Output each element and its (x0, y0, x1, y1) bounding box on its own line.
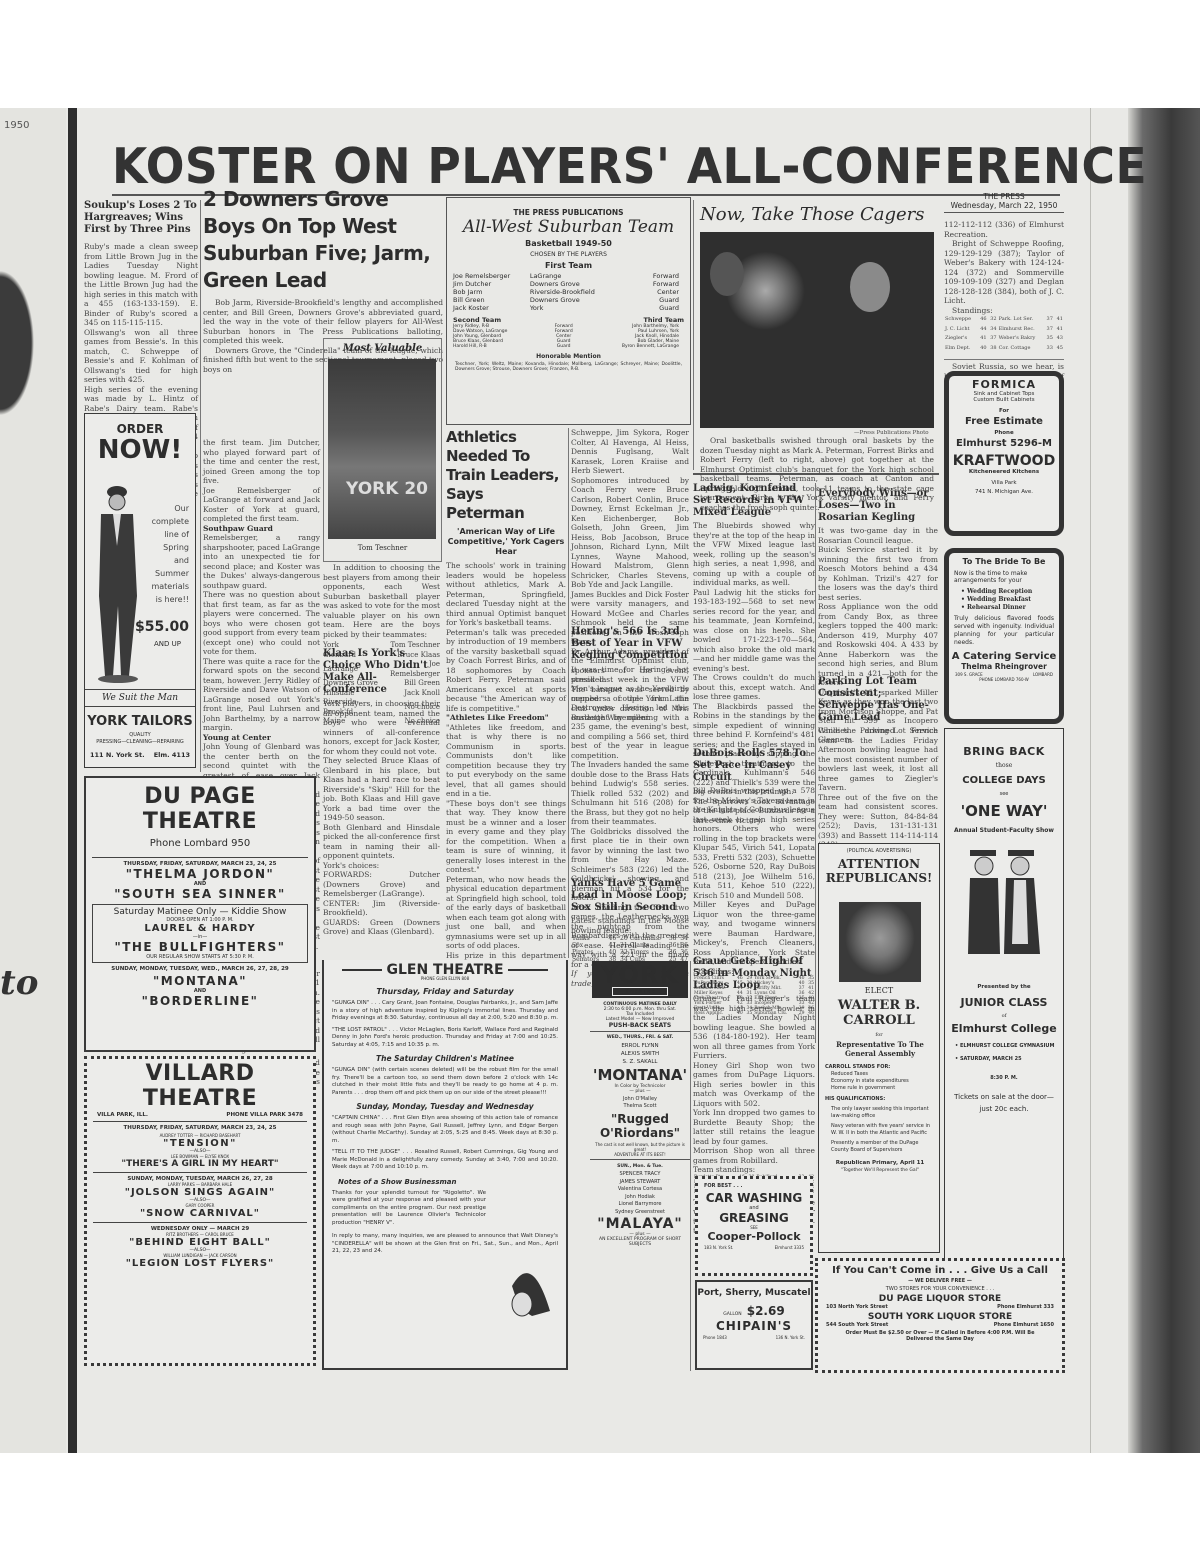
parking-headline: Parking Lot Team Consistent; Schweppe Ha… (818, 676, 938, 724)
ad-store-name: YORK TAILORS (85, 714, 195, 729)
glen-lost-patrol: "THE LOST PATROL" . . . Victor McLaglen,… (332, 1027, 558, 1050)
kiddie-show-box: Saturday Matinee Only — Kiddie Show DOOR… (92, 904, 308, 963)
store2-phone: Phone Elmhurst 1650 (994, 1322, 1054, 1328)
formica-for: For (949, 408, 1059, 414)
elmhurst-college: Elmhurst College (945, 1022, 1063, 1035)
banquet-photo (700, 232, 934, 428)
glen-tell-judge: "TELL IT TO THE JUDGE" . . . Rosalind Ru… (332, 1149, 558, 1172)
du-page-liquor: DU PAGE LIQUOR STORE (818, 1294, 1062, 1304)
york-cast1: ERROL FLYNNALEXIS SMITHS. Z. SAKALL (590, 1042, 690, 1066)
klaas-headline: Klaas Is York's Choice Who Didn't Make A… (323, 648, 440, 696)
page-edge-line (1090, 108, 1091, 1453)
york-cast3: SPENCER TRACYJAMES STEWARTValentina Cort… (590, 1171, 690, 1216)
york-logo-text: YORK (592, 963, 688, 987)
cagers-photo-story: Now, Take Those Cagers —Press Publicatio… (693, 200, 939, 470)
hm-text: Teschner, York; Weltz, Maine; Kovanda, H… (455, 362, 682, 372)
film-borderline: "BORDERLINE" (86, 994, 314, 1008)
cooper-pollock-name: Cooper-Pollock (698, 1230, 810, 1243)
film-girl-in-my-heart: "THERE'S A GIRL IN MY HEART" (87, 1159, 313, 1169)
ad-price-note: AND UP (154, 640, 181, 648)
event-details: • ELMHURST COLLEGE GYMNASIUM • SATURDAY,… (955, 1043, 1063, 1063)
york-cast2: John O'MalleyThelma Scott (590, 1096, 690, 1110)
rosarian-headline: Everybody Wins—or Loses—Two in Rosarian … (818, 488, 938, 524)
dubois-headline: DuBois Rolls 578 To Set Pace in Casey Ci… (693, 748, 815, 784)
standings-row: Ziegler's4137Weber's Bakry3543 (944, 334, 1064, 344)
york-theatre-ad: YORK THEATRE CONTINUOUS MATINEE DAILY 2:… (590, 961, 691, 1371)
chipains-phone: Phone 1843 (703, 1335, 727, 1340)
bride-service: A Catering Service (949, 651, 1059, 662)
standings-row: Pirates4032Tigers3636 (571, 949, 689, 956)
candidate-name: WALTER B. CARROLL (819, 998, 939, 1028)
team-row: Bill GreenDowners GroveGuard (453, 296, 679, 304)
chosen-by: CHOSEN BY THE PLAYERS (447, 251, 690, 258)
presented-by: Presented by the (945, 984, 1063, 990)
york-pushback-seats: PUSH-BACK SEATS (590, 1022, 690, 1032)
player-photo: YORK 20 (328, 359, 436, 539)
york-short-subjects: AN EXCELLENT PROGRAM OF SHORT SUBJECTS (590, 1237, 690, 1247)
ad-order-text: ORDER (85, 422, 195, 436)
chipains-ad: Port, Sherry, Muscatel GALLON $2.69 CHIP… (695, 1280, 813, 1370)
standings-row: Elm Dept.4038Cor. Cottage3345 (944, 344, 1064, 354)
dupage-phone: Phone Lombard 950 (86, 838, 314, 849)
ad-copy: Ourcompleteline ofSpringandSummermateria… (151, 502, 189, 606)
bride-body: Truly delicious flavored foods served wi… (954, 615, 1054, 647)
liquor-store-ad: If You Can't Come in . . . Give Us a Cal… (815, 1258, 1065, 1373)
edge-figure-image (0, 258, 40, 428)
formica-ad: FORMICA Sink and Cabinet Tops Custom Bui… (944, 371, 1064, 536)
graduates-illustration (964, 844, 1044, 974)
ad-services: PRESSING—CLEANING—REPAIRING (85, 739, 195, 745)
glen-section-matinee: The Saturday Children's Matinee (324, 1054, 566, 1063)
show-title: 'ONE WAY' (945, 802, 1063, 820)
order-note: Order Must Be $2.50 or Over — If Called … (838, 1330, 1042, 1342)
mv-player-name: Tom Teschner (324, 544, 441, 552)
edge-year: 1950 (4, 120, 29, 131)
political-label: (POLITICAL ADVERTISING) (819, 848, 939, 854)
junior-class: JUNIOR CLASS (945, 996, 1063, 1009)
first-team-label: First Team (447, 261, 690, 270)
ad-phone: Elm. 4113 (154, 751, 190, 759)
team-row: Jack KosterYorkGuard (453, 304, 679, 312)
standings-row: Schweppe4632Park. Lot Ser.3741 (944, 315, 1064, 325)
york-film-malaya: "MALAYA" (590, 1216, 690, 1232)
formica-company: KRAFTWOOD (949, 453, 1059, 469)
ticket-info: Tickets on sale at the door—just 20c eac… (953, 1091, 1055, 1115)
team-row: Joe RemelsbergerLaGrangeForward (453, 272, 679, 280)
second-third-table: Jerry Ridley, R-BForwardJohn Barthelmy, … (453, 324, 679, 349)
formica-town: Villa Park (949, 480, 1059, 486)
glen-theatre-ad: GLEN THEATRE PHONE GLEN ELLYN 808 Thursd… (322, 960, 568, 1370)
column-rule (815, 483, 816, 1043)
most-valuable-box: Most Valuable YORK 20 Tom Teschner (323, 338, 442, 562)
store1-address: 103 North York Street (826, 1304, 888, 1310)
glen-captain-china: "CAPTAIN CHINA" . . . First Glen Ellyn a… (332, 1115, 558, 1145)
york-tag: The cast is not well known, but the pict… (590, 1142, 690, 1152)
edge-word: to (0, 963, 38, 1003)
cooper-phone: Elmhurst 3335 (775, 1245, 804, 1250)
season: Basketball 1949-50 (447, 239, 690, 248)
ad-quality: QUALITY (85, 732, 195, 738)
film-thelma-jordon: "THELMA JORDON" (86, 867, 314, 881)
klaas-story: Klaas Is York's Choice Who Didn't Make A… (323, 648, 440, 937)
bride-town: LOMBARD (1033, 672, 1053, 677)
york-tailors-ad: ORDER NOW! Ourcompleteline ofSpringandSu… (84, 413, 196, 768)
carroll-political-ad: (POLITICAL ADVERTISING) ATTENTION REPUBL… (818, 843, 940, 1253)
bride-items: • Wedding Reception• Wedding Breakfast• … (961, 588, 1059, 612)
film-jolson: "JOLSON SINGS AGAIN" (87, 1187, 313, 1198)
team-row: Bob JarmRiverside-BrookfieldCenter (453, 288, 679, 296)
college-days: COLLEGE DAYS (945, 775, 1063, 786)
store2-address: 544 South York Street (826, 1322, 888, 1328)
glen-section-notes: Notes of a Show Businessman (338, 1178, 566, 1186)
standings-row: Sox4131Giants3636 (571, 942, 689, 949)
soukups-headline: Soukup's Loses 2 To Hargreaves; Wins Fir… (84, 200, 198, 236)
elect-label: ELECT (819, 986, 939, 995)
standings-row: Yanks4626Cardinals3834 (571, 935, 689, 942)
york-dates1: WED., THURS., FRI. & SAT. (590, 1035, 690, 1040)
ladwig-headline: Ladwig, Kornfeind Set Records in VFW Mix… (693, 483, 815, 519)
deliver-free: — WE DELIVER FREE — (818, 1278, 1062, 1284)
formica-phone-label: Phone (949, 430, 1059, 436)
glen-section-sun-wed: Sunday, Monday, Tuesday and Wednesday (324, 1102, 566, 1111)
cooper-for-best: FOR BEST . . . (704, 1183, 810, 1189)
york-film-riordans: "Rugged O'Riordans" (590, 1112, 690, 1140)
bride-intro: Now is the time to make arrangements for… (954, 570, 1054, 584)
of-label: of (945, 1013, 1063, 1019)
glen-notes: Thanks for your splendid turnout for "Ri… (332, 1190, 486, 1228)
bride-name: Thelma Rheingrover (949, 662, 1059, 671)
regular-show: OUR REGULAR SHOW STARTS AT 5:30 P. M. (93, 954, 307, 960)
film-legion-lost-flyers: "LEGION LOST FLYERS" (87, 1258, 313, 1269)
formica-title: FORMICA (949, 378, 1059, 391)
villard-theatre-name: VILLARD THEATRE (87, 1061, 313, 1111)
see: see (945, 791, 1063, 797)
matinee-label: Saturday Matinee Only — Kiddie Show (93, 907, 307, 917)
moose-standings: Yanks4626Cardinals3834Sox4131Giants3636P… (571, 935, 689, 963)
second-team-label: Second Team (453, 316, 501, 324)
binding-shadow (1128, 108, 1200, 1453)
column-rule (200, 200, 201, 772)
greasing: GREASING (698, 1211, 810, 1225)
graue-headline: Graue Gets High Of 536 in Monday Night L… (693, 956, 815, 992)
york-tag2: ADVENTURE AT ITS BEST! (590, 1152, 690, 1160)
film-tension: "TENSION" (87, 1138, 313, 1149)
mv-caption: Most Valuable (324, 343, 441, 354)
section-rule (693, 473, 939, 475)
dupage-theatre-name: DU PAGE THEATRE (86, 784, 314, 834)
glen-cinderella: In reply to many, many inquiries, we are… (332, 1233, 558, 1256)
bride-title: To The Bride To Be (949, 557, 1059, 566)
publisher: THE PRESS PUBLICATIONS (447, 208, 690, 217)
villard-phone: PHONE VILLA PARK 3478 (226, 1112, 303, 1118)
formica-line2: Custom Built Cabinets (949, 397, 1059, 403)
page-gutter-bar (68, 108, 77, 1453)
formica-address: 741 N. Michigan Ave. (949, 489, 1059, 495)
athletics-deck: 'American Way of Life Competitive,' York… (446, 527, 566, 557)
jester-cartoon (502, 1256, 557, 1336)
ad-slogan: We Suit the Man (85, 689, 195, 707)
villard-town: VILLA PARK, ILL. (97, 1112, 148, 1118)
bride-phone: PHONE LOMBARD 760-W (949, 677, 1059, 682)
car-washing: CAR WASHING (698, 1191, 810, 1205)
york-theatre-logo: YORK THEATRE (592, 961, 688, 998)
show-subtitle: Annual Student-Faculty Show (951, 826, 1057, 836)
ad-address: 111 N. York St. (90, 751, 145, 759)
cagers-headline: Now, Take Those Cagers (700, 204, 939, 225)
masthead: THE PRESSWednesday, March 22, 1950 (944, 192, 1064, 213)
dupage-theatre-ad: DU PAGE THEATRE Phone Lombard 950 THURSD… (84, 776, 316, 1052)
formica-phone: Elmhurst 5296-M (949, 438, 1059, 449)
man-in-suit-illustration (91, 476, 146, 686)
york-film-montana: 'MONTANA' (590, 1066, 690, 1084)
standings-row: J. C. Licht4434Elmhurst Rec.3741 (944, 325, 1064, 335)
formica-tagline: Kitcheneered Kitchens (949, 469, 1059, 475)
team-row: Harold Hill, R-BGuardByron Bennett, LaGr… (453, 344, 679, 349)
film-snow-carnival: "SNOW CARNIVAL" (87, 1208, 313, 1219)
price-line: GALLON $2.69 (697, 1300, 811, 1319)
catering-ad: To The Bride To Be Now is the time to ma… (944, 548, 1064, 724)
york-dates2: SUN., Mon. & Tue. (590, 1164, 690, 1169)
for-label: for (819, 1032, 939, 1038)
laurel-hardy: LAUREL & HARDY (93, 923, 307, 934)
third-team-label: Third Team (643, 316, 684, 324)
film-south-sea-sinner: "SOUTH SEA SINNER" (86, 887, 314, 901)
candidate-photo (839, 902, 921, 982)
office-title: Representative To The General Assembly (825, 1040, 935, 1058)
glen-gunga-din: "GUNGA DIN" . . . Cary Grant, Joan Fonta… (332, 1000, 558, 1023)
attention-heading: ATTENTION REPUBLICANS! (819, 857, 939, 885)
film-eight-ball: "BEHIND EIGHT BALL" (87, 1237, 313, 1248)
chipains-address: 136 N. York St. (776, 1335, 805, 1340)
formica-estimate: Free Estimate (949, 416, 1059, 427)
team-title: All-West Suburban Team (447, 217, 690, 237)
south-york-liquor: SOUTH YORK LIQUOR STORE (818, 1312, 1062, 1322)
film-montana: "MONTANA" (86, 974, 314, 988)
jersey-number: YORK 20 (346, 479, 428, 499)
villard-dates1: THURSDAY, FRIDAY, SATURDAY, MARCH 23, 24… (87, 1125, 313, 1131)
cooper-address: 183 N. York St. (704, 1245, 733, 1250)
chipains-name: CHIPAIN'S (697, 1319, 811, 1333)
first-team-table: Joe RemelsbergerLaGrangeForwardJim Dutch… (453, 272, 679, 312)
column-rule (568, 428, 569, 958)
college-days-ad: BRING BACK those COLLEGE DAYS see 'ONE W… (944, 728, 1064, 1268)
two-stores: TWO STORES FOR YOUR CONVENIENCE . . . (818, 1286, 1062, 1292)
york-plus: — plus — (590, 1089, 690, 1094)
ladies-friday-standings: Schweppe4632Park. Lot Ser.3741J. C. Lich… (944, 315, 1064, 353)
yanks-intro: Latest standings in the Moose bowling le… (571, 916, 689, 935)
store1-phone: Phone Elmhurst 333 (997, 1304, 1054, 1310)
all-team-box: THE PRESS PUBLICATIONS All-West Suburban… (446, 197, 691, 425)
show-time: 8:30 P. M. (945, 1075, 1063, 1081)
herings-headline: Hering's 566 Is 3rd Best of Year in VFW … (571, 626, 689, 662)
glen-section-thu-sat: Thursday, Friday and Saturday (324, 987, 566, 996)
cooper-pollock-ad: FOR BEST . . . CAR WASHING and GREASING … (695, 1176, 813, 1276)
villard-theatre-ad: VILLARD THEATRE VILLA PARK, ILL.PHONE VI… (84, 1056, 316, 1366)
dupage-dates2: SUNDAY, MONDAY, TUESDAY, WED., MARCH 26,… (86, 966, 314, 972)
carroll-platform: CARROLL STANDS FOR: Reduced TaxesEconomy… (825, 1064, 935, 1174)
ad-now-text: NOW! (85, 436, 195, 464)
team-row: Jim DutcherDowners GroveForward (453, 280, 679, 288)
downers-headline: 2 Downers Grove Boys On Top West Suburba… (203, 186, 443, 294)
ad-price: $55.00 (135, 619, 189, 635)
those: those (945, 762, 1063, 769)
wine-list: Port, Sherry, Muscatel (697, 1288, 811, 1298)
yanks-headline: Yanks Have 5 Game Lead in Moose Loop; So… (571, 878, 689, 914)
bring-back: BRING BACK (945, 745, 1063, 758)
liquor-headline: If You Can't Come in . . . Give Us a Cal… (818, 1265, 1062, 1276)
athletics-headline: Athletics Needed To Train Leaders, Says … (446, 428, 566, 523)
newspaper-page: 1950 to KOSTER ON PLAYERS' ALL-CONFERENC… (0, 108, 1200, 1453)
glen-childrens: "GUNGA DIN" (with certain scenes deleted… (332, 1067, 558, 1097)
hm-label: Honorable Mention (447, 353, 690, 360)
glen-phone: PHONE GLEN ELLYN 808 (324, 976, 566, 981)
film-bullfighters: "THE BULLFIGHTERS" (93, 940, 307, 954)
